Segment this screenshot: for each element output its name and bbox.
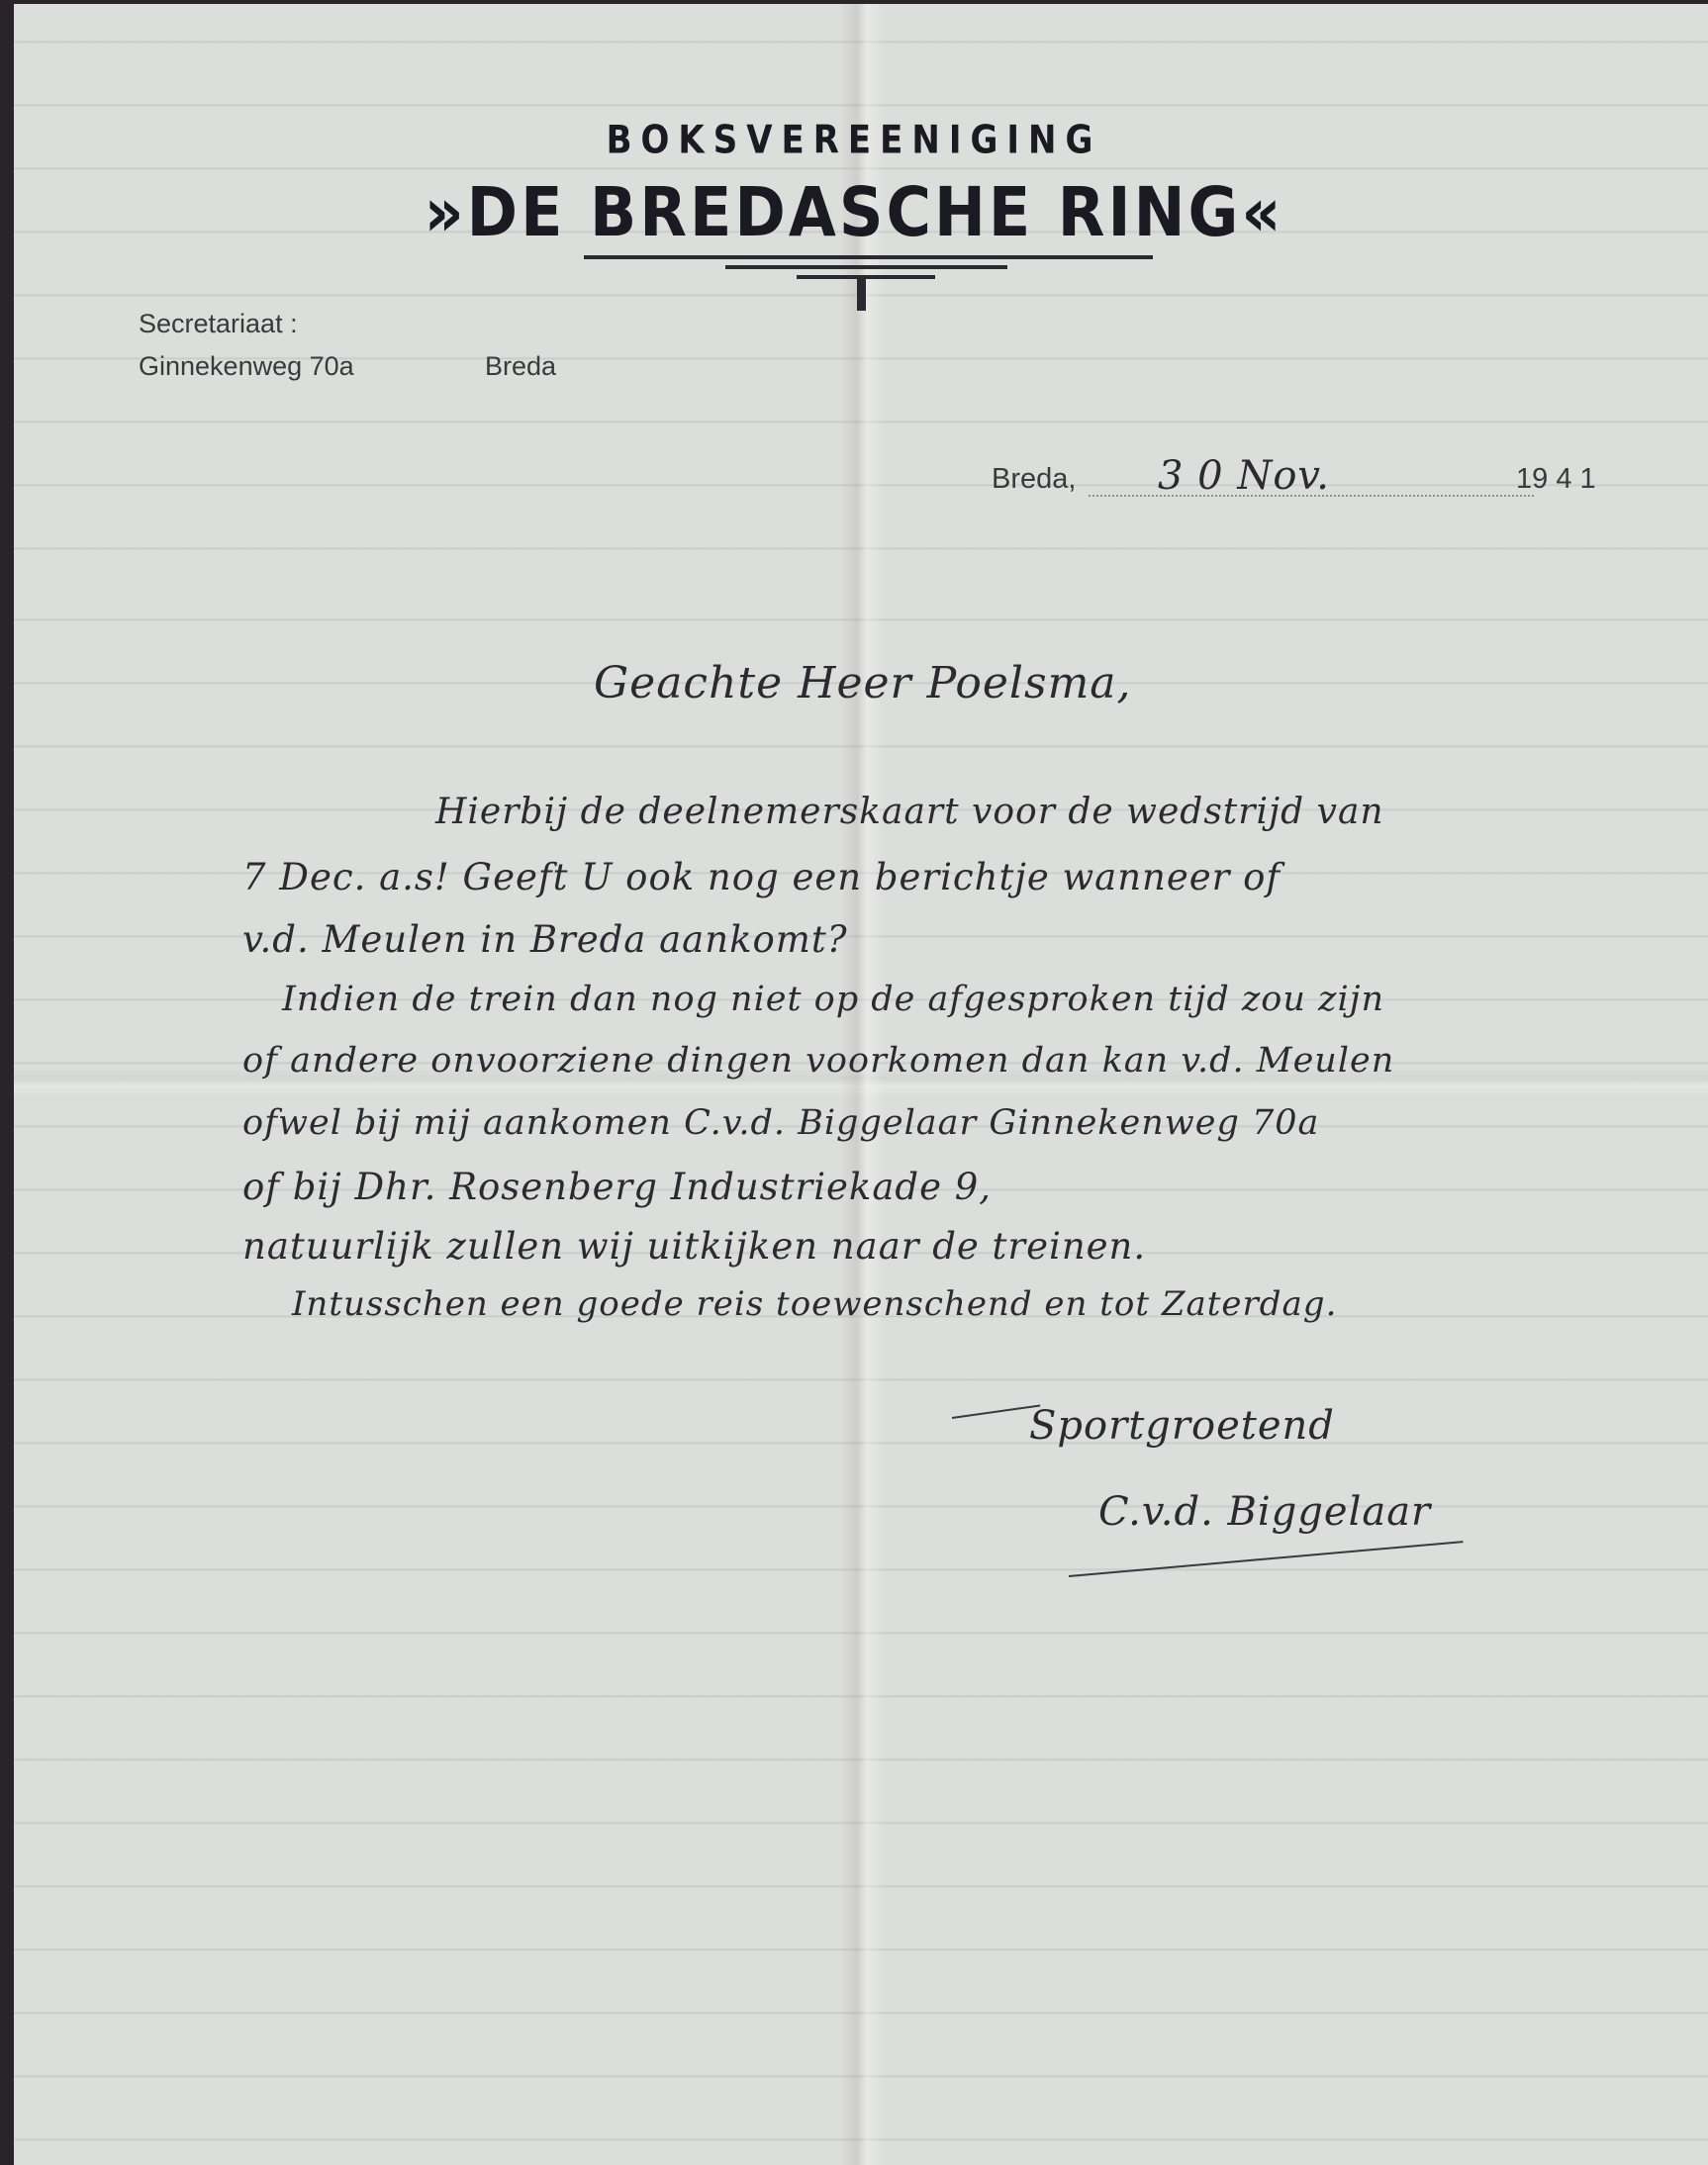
letterhead-stem <box>857 279 866 311</box>
letterhead-rule-1 <box>584 255 1153 259</box>
secretariat-city: Breda <box>485 351 556 382</box>
date-year: 19 4 1 <box>1516 463 1596 496</box>
body-line: Indien de trein dan nog niet op de afges… <box>282 980 1384 1019</box>
body-line: of andere onvoorziene dingen voorkomen d… <box>242 1041 1394 1081</box>
letterhead-rule-3 <box>797 275 935 279</box>
body-line: natuurlijk zullen wij uitkijken naar de … <box>242 1225 1146 1268</box>
body-line: 7 Dec. a.s! Geeft U ook nog een berichtj… <box>242 856 1281 898</box>
date-day-month: 3 0 Nov. <box>1158 453 1330 499</box>
letterhead-rule-2 <box>725 265 1007 269</box>
org-type-heading: BOKSVEREENIGING <box>0 118 1708 163</box>
secretariat-label: Secretariaat : <box>139 309 298 339</box>
secretariat-address: Ginnekenweg 70a <box>139 351 354 382</box>
body-line: Hierbij de deelnemerskaart voor de wedst… <box>435 792 1384 832</box>
body-line: of bij Dhr. Rosenberg Industriekade 9, <box>242 1166 992 1208</box>
signature: C.v.d. Biggelaar <box>1098 1489 1431 1535</box>
org-name-heading: »DE BREDASCHE RING« <box>0 172 1708 251</box>
body-line: v.d. Meulen in Breda aankomt? <box>242 918 848 961</box>
closing: Sportgroetend <box>1029 1403 1335 1449</box>
body-line: Intusschen een goede reis toewenschend e… <box>292 1284 1337 1324</box>
date-place: Breda, <box>992 463 1076 496</box>
salutation: Geachte Heer Poelsma, <box>594 658 1132 708</box>
body-line: ofwel bij mij aankomen C.v.d. Biggelaar … <box>242 1103 1319 1143</box>
